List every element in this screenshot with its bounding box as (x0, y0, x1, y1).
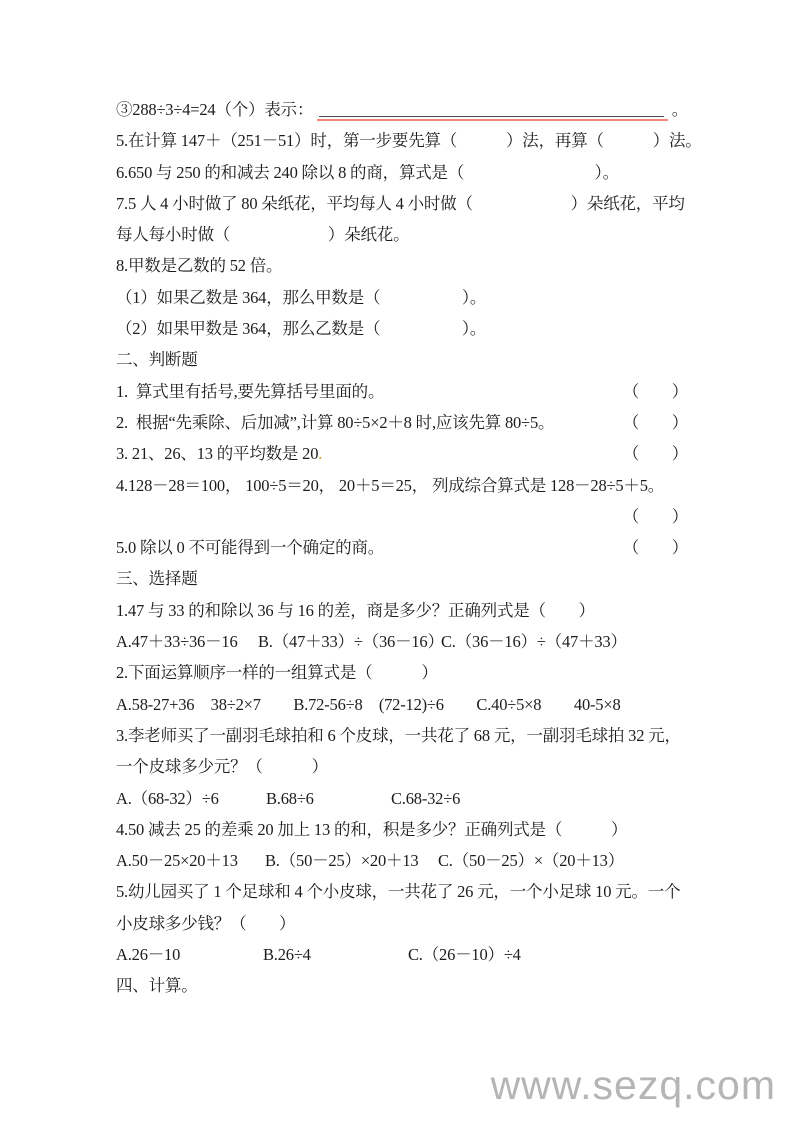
judge-q2-text: 2. 根据“先乘除、后加减”,计算 80÷5×2＋8 时,应该先算 80÷5。 (116, 407, 554, 438)
choice-q1-option-c: C.（36－16）÷（47＋33） (441, 626, 627, 657)
fill-q8-sub1: （1）如果乙数是 364，那么甲数是（ ）。 (116, 282, 688, 313)
fill-q7-line2: 每人每小时做（ ）朵纸花。 (116, 219, 688, 250)
choice-q3-option-a: A.（68-32）÷6 (116, 783, 266, 814)
judge-q1-text: 1. 算式里有括号,要先算括号里面的。 (116, 376, 384, 407)
judge-q5-row: 5.0 除以 0 不可能得到一个确定的商。 （ ） (116, 532, 688, 563)
judge-q3-text: 3. 21、26、13 的平均数是 20. (116, 438, 322, 469)
worksheet-page: ③288÷3÷4=24（个）表示： 。 5.在计算 147＋（251－51）时，… (0, 0, 800, 1131)
judge-q4-answer-paren: （ ） (615, 501, 688, 532)
choice-q3-options: A.（68-32）÷6 B.68÷6 C.68-32÷6 (116, 783, 688, 814)
choice-q5-option-b: B.26÷4 (263, 939, 408, 970)
blank-underline (317, 94, 669, 125)
judge-q3-highlight-dot: . (318, 444, 322, 463)
judge-q4-paren-row: （ ） (116, 501, 688, 532)
choice-section-header: 三、选择题 (116, 563, 688, 594)
worksheet-content: ③288÷3÷4=24（个）表示： 。 5.在计算 147＋（251－51）时，… (116, 94, 688, 1002)
choice-q1-options: A.47＋33÷36－16 B.（47＋33）÷（36－16） C.（36－16… (116, 626, 688, 657)
choice-q3-option-c: C.68-32÷6 (391, 783, 460, 814)
judge-q5-answer-paren: （ ） (615, 532, 688, 563)
judge-q3-row: 3. 21、26、13 的平均数是 20. （ ） (116, 438, 688, 469)
choice-q4-option-c: C.（50－25）×（20＋13） (438, 845, 624, 876)
calc-section-header: 四、计算。 (116, 970, 688, 1001)
fill-q8-sub2: （2）如果甲数是 364，那么乙数是（ ）。 (116, 313, 688, 344)
choice-q3-text-line1: 3.李老师买了一副羽毛球拍和 6 个皮球，一共花了 68 元，一副羽毛球拍 32… (116, 720, 688, 751)
site-watermark: www.sezq.com (491, 1062, 776, 1109)
judge-q4-text: 4.128－28＝100， 100÷5＝20， 20＋5＝25， 列成综合算式是… (116, 470, 688, 501)
fill-q3-prefix: ③288÷3÷4=24（个）表示： (116, 94, 313, 125)
choice-q3-option-b: B.68÷6 (266, 783, 391, 814)
fill-q3-line: ③288÷3÷4=24（个）表示： 。 (116, 94, 688, 125)
choice-q5-text-line1: 5.幼儿园买了 1 个足球和 4 个小皮球，一共花了 26 元，一个小足球 10… (116, 876, 688, 907)
fill-q7-line1: 7.5 人 4 小时做了 80 朵纸花，平均每人 4 小时做（ ）朵纸花，平均 (116, 188, 688, 219)
judge-q5-text: 5.0 除以 0 不可能得到一个确定的商。 (116, 532, 384, 563)
judge-section-header: 二、判断题 (116, 344, 688, 375)
choice-q2-options: A.58-27+36 38÷2×7 B.72-56÷8 (72-12)÷6 C.… (116, 689, 688, 720)
fill-q5-line: 5.在计算 147＋（251－51）时，第一步要先算（ ）法，再算（ ）法。 (116, 125, 688, 156)
judge-q3-main: 3. 21、26、13 的平均数是 20 (116, 444, 318, 463)
judge-q1-row: 1. 算式里有括号,要先算括号里面的。 （ ） (116, 376, 688, 407)
choice-q5-option-c: C.（26－10）÷4 (408, 939, 521, 970)
judge-q1-answer-paren: （ ） (615, 376, 688, 407)
choice-q1-option-b: B.（47＋33）÷（36－16） (258, 626, 441, 657)
choice-q5-options: A.26－10 B.26÷4 C.（26－10）÷4 (116, 939, 688, 970)
choice-q4-option-a: A.50－25×20＋13 (116, 845, 265, 876)
choice-q4-options: A.50－25×20＋13 B.（50－25）×20＋13 C.（50－25）×… (116, 845, 688, 876)
choice-q5-text-line2: 小皮球多少钱？（ ） (116, 908, 688, 939)
choice-q2-text: 2.下面运算顺序一样的一组算式是（ ） (116, 657, 688, 688)
judge-q3-answer-paren: （ ） (615, 438, 688, 469)
fill-q8-line: 8.甲数是乙数的 52 倍。 (116, 250, 688, 281)
fill-q6-line: 6.650 与 250 的和减去 240 除以 8 的商，算式是（ ）。 (116, 157, 688, 188)
choice-q1-text: 1.47 与 33 的和除以 36 与 16 的差，商是多少？正确列式是（ ） (116, 595, 688, 626)
judge-q2-row: 2. 根据“先乘除、后加减”,计算 80÷5×2＋8 时,应该先算 80÷5。 … (116, 407, 688, 438)
choice-q4-option-b: B.（50－25）×20＋13 (265, 845, 438, 876)
fill-q3-suffix: 。 (672, 94, 688, 125)
choice-q1-option-a: A.47＋33÷36－16 (116, 626, 258, 657)
choice-q3-text-line2: 一个皮球多少元？（ ） (116, 751, 688, 782)
choice-q4-text: 4.50 减去 25 的差乘 20 加上 13 的和，积是多少？正确列式是（ ） (116, 814, 688, 845)
judge-q2-answer-paren: （ ） (615, 407, 688, 438)
choice-q5-option-a: A.26－10 (116, 939, 263, 970)
